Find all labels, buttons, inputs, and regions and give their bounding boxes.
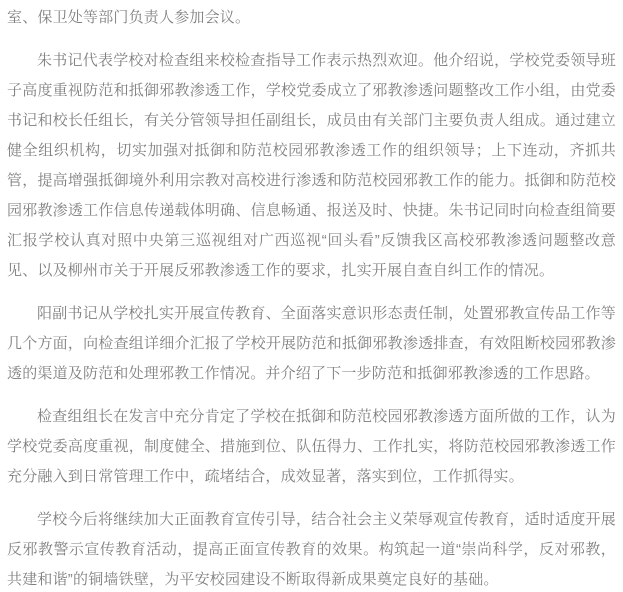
paragraph-future-plans: 学校今后将继续加大正面教育宣传引导，结合社会主义荣辱观宣传教育，适时适度开展反邪… (7, 505, 616, 592)
article-page: 室、保卫处等部门负责人参加会议。 朱书记代表学校对检查组来校检查指导工作表示热烈… (0, 0, 623, 592)
paragraph-continuation: 室、保卫处等部门负责人参加会议。 (7, 3, 616, 33)
paragraph-zhu-secretary-welcome: 朱书记代表学校对检查组来校检查指导工作表示热烈欢迎。他介绍说，学校党委领导班子高… (7, 46, 616, 286)
paragraph-yang-deputy-secretary-report: 阳副书记从学校扎实开展宣传教育、全面落实意识形态责任制，处置邪教宣传品工作等几个… (7, 299, 616, 389)
article-body: 室、保卫处等部门负责人参加会议。 朱书记代表学校对检查组来校检查指导工作表示热烈… (7, 3, 616, 592)
paragraph-inspection-leader-remarks: 检查组组长在发言中充分肯定了学校在抵御和防范校园邪教渗透方面所做的工作，认为学校… (7, 402, 616, 492)
